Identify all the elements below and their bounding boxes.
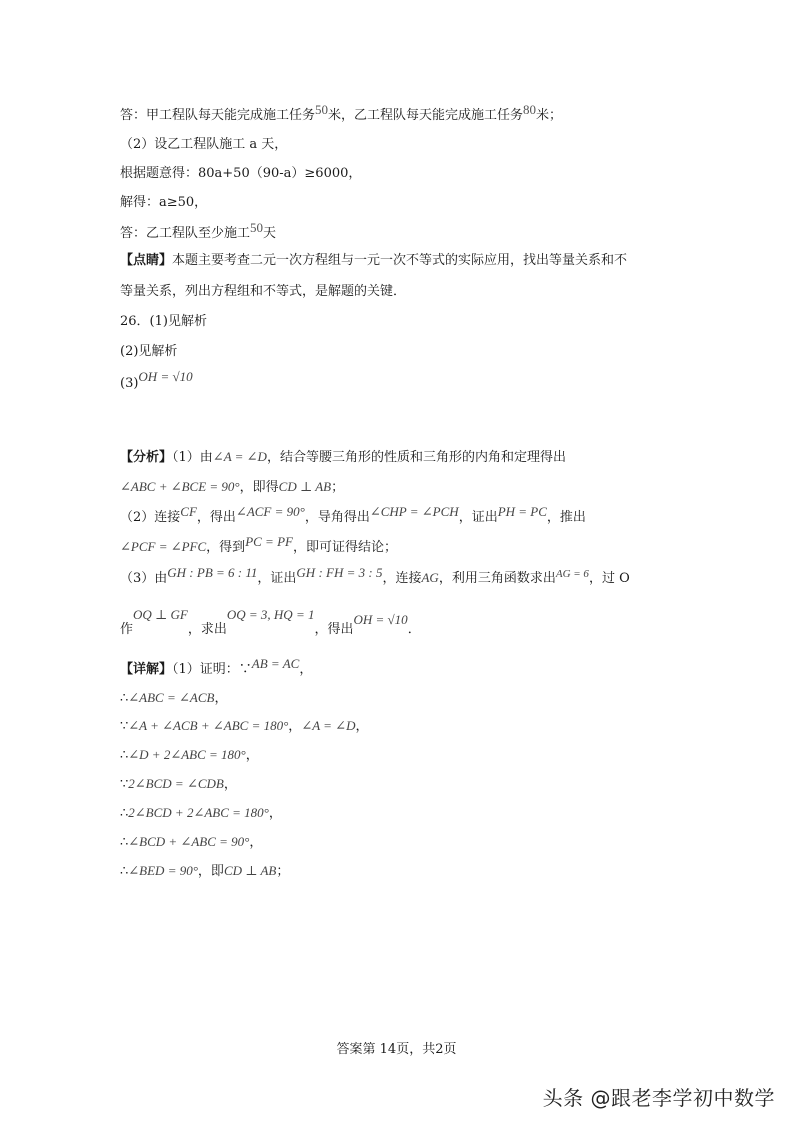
analysis-line-1: 【分析】（1）由∠A = ∠D，结合等腰三角形的性质和三角形的内角和定理得出 xyxy=(120,448,566,467)
math-expression: OH = √10 xyxy=(354,612,408,627)
text: ． xyxy=(408,622,421,637)
math-value: 50 xyxy=(315,102,328,117)
text: （3）由 xyxy=(120,571,167,586)
detail-line-1: 【详解】（1）证明：∵AB = AC， xyxy=(120,660,312,679)
math-expression: ∠BED = 90° xyxy=(128,863,198,878)
page-footer: 答案第 14页，共2页 xyxy=(0,1038,793,1057)
math-expression: ∠A + ∠ACB + ∠ABC = 180° xyxy=(128,718,288,733)
text: ， xyxy=(299,662,312,677)
analysis-line-5: （3）由GH : PB = 6 : 11，证出GH : FH = 3 : 5，连… xyxy=(120,569,630,588)
math-expression: PH = PC xyxy=(498,504,547,519)
detail-line-3: ∵∠A + ∠ACB + ∠ABC = 180°，∠A = ∠D， xyxy=(120,717,368,736)
text: ，即 xyxy=(198,864,224,879)
text: ； xyxy=(276,864,289,879)
text: ， xyxy=(246,748,259,763)
text: ， xyxy=(214,691,227,706)
text: ，导角得出 xyxy=(305,510,370,525)
math-expression: ∠A = ∠D xyxy=(213,449,267,464)
detail-line-4: ∴∠D + 2∠ABC = 180°， xyxy=(120,746,259,765)
analysis-line-4: ∠PCF = ∠PFC，得到PC = PF，即可证得结论； xyxy=(120,538,397,557)
section-tag-xiangjie: 【详解】 xyxy=(120,662,172,677)
text: ，得出 xyxy=(314,622,353,637)
math-expression: AG = 6 xyxy=(556,568,589,580)
answer-line-1: 答：甲工程队每天能完成施工任务50米，乙工程队每天能完成施工任务80米； xyxy=(120,106,562,125)
math-expression: CF xyxy=(180,504,197,519)
q26-part3: (3)OH = √10 xyxy=(120,368,193,387)
text: ，结合等腰三角形的性质和三角形的内角和定理得出 xyxy=(267,450,566,465)
math-expression: ∠ABC + ∠BCE = 90° xyxy=(120,479,240,494)
q26-part2: (2)见解析 xyxy=(120,343,177,361)
comment-line-1: 【点睛】本题主要考查二元一次方程组与一元一次不等式的实际应用，找出等量关系和不 xyxy=(120,252,627,270)
part2-setup: （2）设乙工程队施工 a 天， xyxy=(120,136,287,154)
text: 答：甲工程队每天能完成施工任务 xyxy=(120,108,315,123)
comment-line-2: 等量关系，列出方程组和不等式，是解题的关键． xyxy=(120,283,406,301)
section-tag-dianjing: 【点睛】 xyxy=(120,253,172,268)
text: （1）由 xyxy=(172,450,213,465)
text: 米； xyxy=(536,108,562,123)
math-expression: CD ⊥ AB xyxy=(279,479,331,494)
text: ，即得 xyxy=(240,480,279,495)
math-expression: ∠ABC = ∠ACB xyxy=(128,690,214,705)
math-expression: AB = AC xyxy=(252,656,300,671)
text: ，即可证得结论； xyxy=(293,540,397,555)
analysis-line-3: （2）连接CF，得出∠ACF = 90°，导角得出∠CHP = ∠PCH，证出P… xyxy=(120,508,586,527)
watermark: 头条 @跟老李学初中数学 xyxy=(543,1082,775,1111)
detail-line-7: ∴∠BCD + ∠ABC = 90°， xyxy=(120,833,262,852)
math-expression: GH : PB = 6 : 11 xyxy=(167,565,257,580)
text: ，得到 xyxy=(206,540,245,555)
math-expression: ∠CHP = ∠PCH xyxy=(370,504,459,519)
text: 作 xyxy=(120,622,133,637)
text: （2）连接 xyxy=(120,510,180,525)
detail-line-5: ∵2∠BCD = ∠CDB， xyxy=(120,775,237,794)
text: ，过 O xyxy=(589,571,630,586)
math-value: 50 xyxy=(250,220,263,235)
text: ，证出 xyxy=(257,571,296,586)
math-expression: OQ ⊥ GF xyxy=(133,607,188,622)
text: 答：乙工程队至少施工 xyxy=(120,226,250,241)
text: 米，乙工程队每天能完成施工任务 xyxy=(328,108,523,123)
math-expression: PC = PF xyxy=(245,534,293,549)
math-expression: 2∠BCD = ∠CDB xyxy=(128,776,224,791)
text: ， xyxy=(224,777,237,792)
text: ， xyxy=(288,719,301,734)
math-expression: 2∠BCD + 2∠ABC = 180° xyxy=(128,805,269,820)
text: ，利用三角函数求出 xyxy=(439,571,556,586)
section-tag-fenxi: 【分析】 xyxy=(120,450,172,465)
text: （1）证明：∵ xyxy=(172,662,252,677)
text: ，得出 xyxy=(197,510,236,525)
text: 天 xyxy=(263,226,276,241)
text: ，连接 xyxy=(382,571,421,586)
math-value: 80 xyxy=(523,102,536,117)
text: ； xyxy=(331,480,344,495)
math-expression: GH : FH = 3 : 5 xyxy=(296,565,382,580)
inequality-line: 根据题意得：80a+50（90-a）≥6000， xyxy=(120,165,361,183)
math-expression: ∠A = ∠D xyxy=(301,718,355,733)
text: (3) xyxy=(120,376,138,391)
math-expression: ∠BCD + ∠ABC = 90° xyxy=(128,834,249,849)
detail-line-2: ∴∠ABC = ∠ACB， xyxy=(120,689,227,708)
text: ，求出 xyxy=(188,622,227,637)
math-expression: OQ = 3, HQ = 1 xyxy=(227,607,315,622)
solution-line: 解得：a≥50， xyxy=(120,194,207,212)
text: ，证出 xyxy=(459,510,498,525)
math-expression: AG xyxy=(421,570,438,585)
text: ， xyxy=(249,835,262,850)
math-expression: CD ⊥ AB xyxy=(224,863,276,878)
text: ，推出 xyxy=(547,510,586,525)
answer-line-2: 答：乙工程队至少施工50天 xyxy=(120,224,276,243)
math-expression: ∠PCF = ∠PFC xyxy=(120,539,206,554)
text: 本题主要考查二元一次方程组与一元一次不等式的实际应用，找出等量关系和不 xyxy=(172,253,627,268)
analysis-line-2: ∠ABC + ∠BCE = 90°，即得CD ⊥ AB； xyxy=(120,478,344,497)
math-expression: OH = √10 xyxy=(138,369,192,384)
text: ， xyxy=(269,806,282,821)
detail-line-8: ∴∠BED = 90°，即CD ⊥ AB； xyxy=(120,862,289,881)
analysis-line-6: 作OQ ⊥ GF，求出OQ = 3, HQ = 1，得出OH = √10． xyxy=(120,614,421,633)
q26-part1: 26．(1)见解析 xyxy=(120,313,207,331)
math-expression: ∠D + 2∠ABC = 180° xyxy=(128,747,245,762)
math-expression: ∠ACF = 90° xyxy=(236,504,305,519)
detail-line-6: ∴2∠BCD + 2∠ABC = 180°， xyxy=(120,804,282,823)
text: ， xyxy=(355,719,368,734)
